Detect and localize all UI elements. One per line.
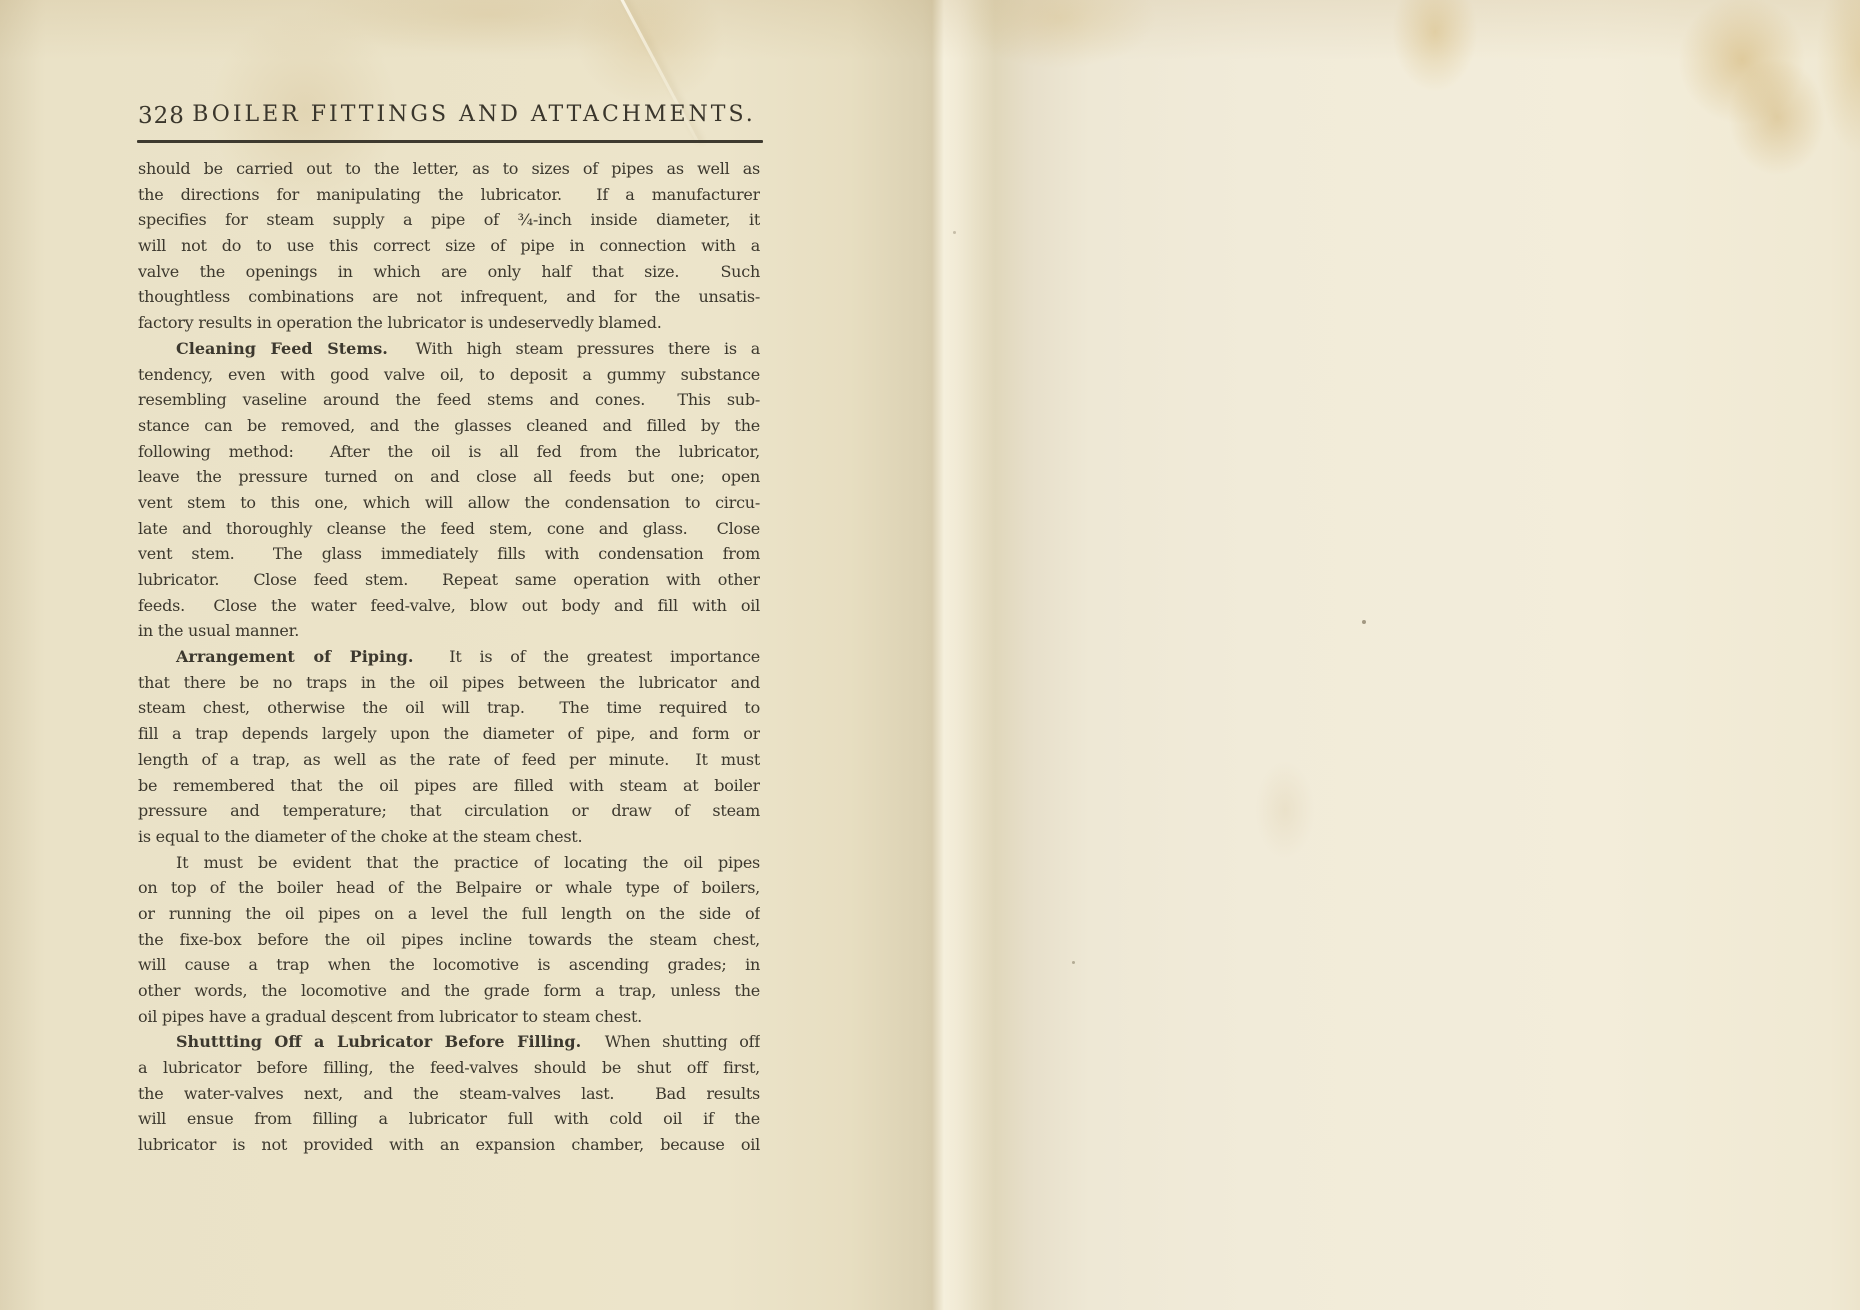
running-header-title: BOILER FITTINGS AND ATTACHMENTS.: [186, 102, 762, 127]
body-text: should be carried out to the letter, as …: [138, 156, 760, 1158]
header-rule: [137, 140, 763, 143]
text-line: the fixe-box before the oil pipes inclin…: [138, 927, 760, 953]
text-line: length of a trap, as well as the rate of…: [138, 747, 760, 773]
page-top-tint: [0, 0, 1860, 60]
text-line: Arrangement of Piping. It is of the grea…: [138, 644, 760, 670]
foxing-stain: [1255, 760, 1315, 860]
text-line: pressure and temperature; that circulati…: [138, 798, 760, 824]
text-line: will not do to use this correct size of …: [138, 233, 760, 259]
book-spread: 328 BOILER FITTINGS AND ATTACHMENTS. sho…: [0, 0, 1860, 1310]
text-line: vent stem. The glass immediately fills w…: [138, 541, 760, 567]
bold-section-lead: Shuttting Off a Lubricator Before Fillin…: [176, 1032, 581, 1051]
text-line: or running the oil pipes on a level the …: [138, 901, 760, 927]
text-line: feeds. Close the water feed-valve, blow …: [138, 593, 760, 619]
text-line: late and thoroughly cleanse the feed ste…: [138, 516, 760, 542]
text-line: Cleaning Feed Stems. With high steam pre…: [138, 336, 760, 362]
text-line: will ensue from filling a lubricator ful…: [138, 1106, 760, 1132]
text-line: a lubricator before filling, the feed-va…: [138, 1055, 760, 1081]
bold-section-lead: Cleaning Feed Stems.: [176, 339, 388, 358]
text-line: thoughtless combinations are not infrequ…: [138, 284, 760, 310]
page-left-edge-tint: [0, 0, 46, 1310]
text-line: factory results in operation the lubrica…: [138, 310, 760, 336]
foxing-stain: [1728, 58, 1826, 176]
text-line: lubricator is not provided with an expan…: [138, 1132, 760, 1158]
text-line: will cause a trap when the locomotive is…: [138, 952, 760, 978]
page-number: 328: [138, 103, 185, 129]
text-line: the water-valves next, and the steam-val…: [138, 1081, 760, 1107]
text-line: It must be evident that the practice of …: [138, 850, 760, 876]
text-line: fill a trap depends largely upon the dia…: [138, 721, 760, 747]
text-line: leave the pressure turned on and close a…: [138, 464, 760, 490]
text-line: should be carried out to the letter, as …: [138, 156, 760, 182]
text-line: stance can be removed, and the glasses c…: [138, 413, 760, 439]
text-line: on top of the boiler head of the Belpair…: [138, 875, 760, 901]
text-line: steam chest, otherwise the oil will trap…: [138, 695, 760, 721]
text-line: in the usual manner.: [138, 618, 760, 644]
text-line: following method: After the oil is all f…: [138, 439, 760, 465]
text-line: lubricator. Close feed stem. Repeat same…: [138, 567, 760, 593]
text-line: tendency, even with good valve oil, to d…: [138, 362, 760, 388]
bold-section-lead: Arrangement of Piping.: [176, 647, 413, 666]
text-line: valve the openings in which are only hal…: [138, 259, 760, 285]
text-line: vent stem to this one, which will allow …: [138, 490, 760, 516]
text-line: resembling vaseline around the feed stem…: [138, 387, 760, 413]
paper-speck: [1362, 620, 1366, 624]
text-line: the directions for manipulating the lubr…: [138, 182, 760, 208]
text-line: other words, the locomotive and the grad…: [138, 978, 760, 1004]
paper-speck: [953, 231, 956, 234]
text-line: that there be no traps in the oil pipes …: [138, 670, 760, 696]
text-line: specifies for steam supply a pipe of ¾-i…: [138, 207, 760, 233]
text-line: Shuttting Off a Lubricator Before Fillin…: [138, 1029, 760, 1055]
text-line: is equal to the diameter of the choke at…: [138, 824, 760, 850]
paper-speck: [1072, 961, 1075, 964]
text-line: be remembered that the oil pipes are fil…: [138, 773, 760, 799]
text-line: oil pipes have a gradual descent from lu…: [138, 1004, 760, 1030]
